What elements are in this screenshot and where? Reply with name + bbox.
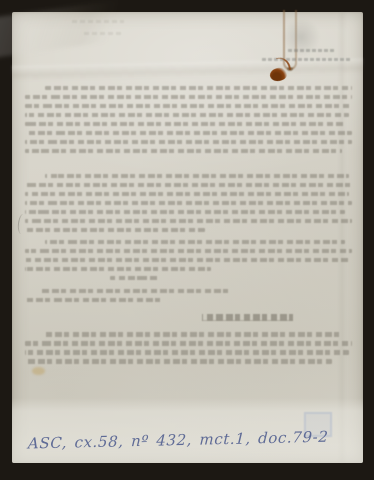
typed-line <box>25 201 352 205</box>
typed-text-block <box>25 86 352 368</box>
typed-line <box>25 104 352 108</box>
typed-paragraph <box>25 332 352 363</box>
typed-line <box>25 210 345 214</box>
typed-heading-underlined <box>25 314 352 321</box>
typed-line <box>110 276 159 280</box>
typed-line <box>25 192 349 196</box>
typed-line <box>45 240 346 244</box>
typed-line <box>202 314 294 321</box>
typed-line <box>25 249 352 253</box>
paper-corner-crease <box>0 0 164 58</box>
typed-line <box>25 219 352 223</box>
typed-line <box>25 228 205 232</box>
typed-line <box>45 332 343 336</box>
typed-line <box>25 122 345 126</box>
ink-showthrough-smudge <box>72 20 124 23</box>
typed-line <box>25 183 352 187</box>
ink-showthrough-smudge <box>84 32 124 35</box>
typed-line <box>25 140 352 144</box>
typed-line <box>45 174 349 178</box>
typed-paragraph <box>25 86 352 153</box>
typed-line <box>25 258 349 262</box>
typed-line <box>25 298 162 302</box>
typed-line <box>25 267 211 271</box>
typed-line <box>25 131 352 135</box>
document-page: ASC, cx.58, nº 432, mct.1, doc.79-2 <box>12 12 363 463</box>
typed-line <box>25 341 352 345</box>
paper-fold-crease <box>12 58 363 81</box>
typed-line <box>25 95 352 99</box>
typed-paragraph <box>25 240 352 280</box>
typed-line <box>25 113 349 117</box>
typed-line <box>25 359 332 363</box>
stamp-text-line <box>288 49 334 52</box>
typed-paragraph <box>25 289 352 302</box>
typed-line <box>41 289 231 293</box>
typed-line <box>25 350 349 354</box>
typed-line <box>25 149 342 153</box>
scan-background: ASC, cx.58, nº 432, mct.1, doc.79-2 <box>0 0 374 480</box>
typed-line <box>45 86 352 90</box>
typed-paragraph <box>25 174 352 232</box>
